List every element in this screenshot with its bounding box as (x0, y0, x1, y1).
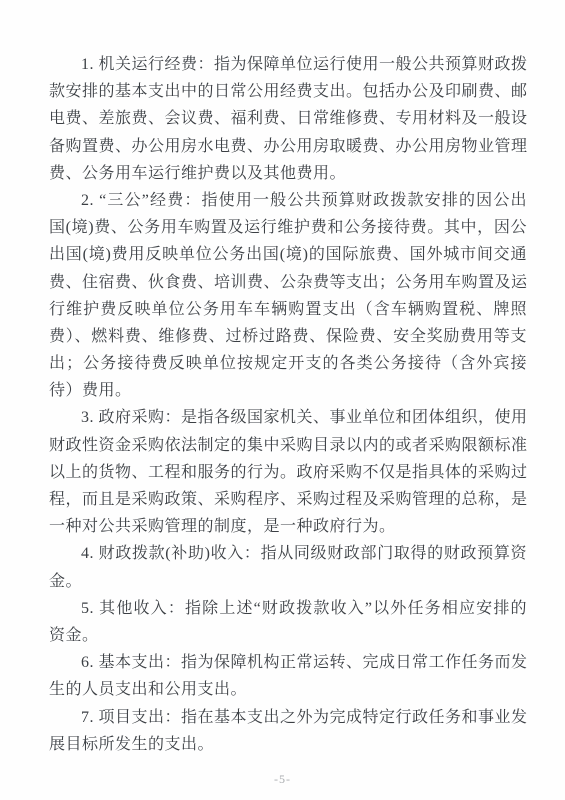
paragraph-2: 2. “三公”经费：指使用一般公共预算财政拨款安排的因公出国(境)费、公务用车购… (49, 187, 527, 405)
text-line: 财政性资金采购依法制定的集中采购目录以内的或者采购限额标准 (49, 432, 527, 459)
document-body: 1. 机关运行经费：指为保障单位运行使用一般公共预算财政拨款安排的基本支出中的日… (49, 51, 527, 758)
paragraph-3: 3. 政府采购：是指各级国家机关、事业单位和团体组织，使用财政性资金采购依法制定… (49, 404, 527, 540)
text-line: 费、住宿费、伙食费、培训费、公杂费等支出；公务用车购置及运 (49, 269, 527, 296)
text-line: 以上的货物、工程和服务的行为。政府采购不仅是指具体的采购过 (49, 459, 527, 486)
text-line: 出国(境)费用反映单位公务出国(境)的国际旅费、国外城市间交通 (49, 241, 527, 268)
text-line: 资金。 (49, 622, 527, 649)
text-line: 7. 项目支出：指在基本支出之外为完成特定行政任务和事业发 (49, 704, 527, 731)
text-line: 6. 基本支出：指为保障机构正常运转、完成日常工作任务而发 (49, 649, 527, 676)
paragraph-5: 5. 其他收入：指除上述“财政拨款收入”以外任务相应安排的资金。 (49, 595, 527, 649)
text-line: 款安排的基本支出中的日常公用经费支出。包括办公及印刷费、邮 (49, 78, 527, 105)
text-line: 行维护费反映单位公务用车车辆购置支出（含车辆购置税、牌照 (49, 296, 527, 323)
text-line: 备购置费、办公用房水电费、办公用房取暖费、办公用房物业管理 (49, 133, 527, 160)
text-line: 费）、燃料费、维修费、过桥过路费、保险费、安全奖励费用等支 (49, 323, 527, 350)
text-line: 待）费用。 (49, 377, 527, 404)
paragraph-4: 4. 财政拨款(补助)收入：指从同级财政部门取得的财政预算资金。 (49, 540, 527, 594)
paragraph-6: 6. 基本支出：指为保障机构正常运转、完成日常工作任务而发生的人员支出和公用支出… (49, 649, 527, 703)
text-line: 国(境)费、公务用车购置及运行维护费和公务接待费。其中，因公 (49, 214, 527, 241)
text-line: 出；公务接待费反映单位按规定开支的各类公务接待（含外宾接 (49, 350, 527, 377)
text-line: 费、公务用车运行维护费以及其他费用。 (49, 160, 527, 187)
page-number: -5- (0, 772, 565, 787)
text-line: 3. 政府采购：是指各级国家机关、事业单位和团体组织，使用 (49, 404, 527, 431)
paragraph-7: 7. 项目支出：指在基本支出之外为完成特定行政任务和事业发展目标所发生的支出。 (49, 704, 527, 758)
text-line: 5. 其他收入：指除上述“财政拨款收入”以外任务相应安排的 (49, 595, 527, 622)
document-page: 1. 机关运行经费：指为保障单位运行使用一般公共预算财政拨款安排的基本支出中的日… (0, 0, 565, 800)
text-line: 程，而且是采购政策、采购程序、采购过程及采购管理的总称，是 (49, 486, 527, 513)
text-line: 生的人员支出和公用支出。 (49, 676, 527, 703)
text-line: 一种对公共采购管理的制度，是一种政府行为。 (49, 513, 527, 540)
paragraph-1: 1. 机关运行经费：指为保障单位运行使用一般公共预算财政拨款安排的基本支出中的日… (49, 51, 527, 187)
text-line: 1. 机关运行经费：指为保障单位运行使用一般公共预算财政拨 (49, 51, 527, 78)
text-line: 电费、差旅费、会议费、福利费、日常维修费、专用材料及一般设 (49, 105, 527, 132)
text-line: 金。 (49, 568, 527, 595)
text-line: 4. 财政拨款(补助)收入：指从同级财政部门取得的财政预算资 (49, 540, 527, 567)
text-line: 展目标所发生的支出。 (49, 731, 527, 758)
text-line: 2. “三公”经费：指使用一般公共预算财政拨款安排的因公出 (49, 187, 527, 214)
